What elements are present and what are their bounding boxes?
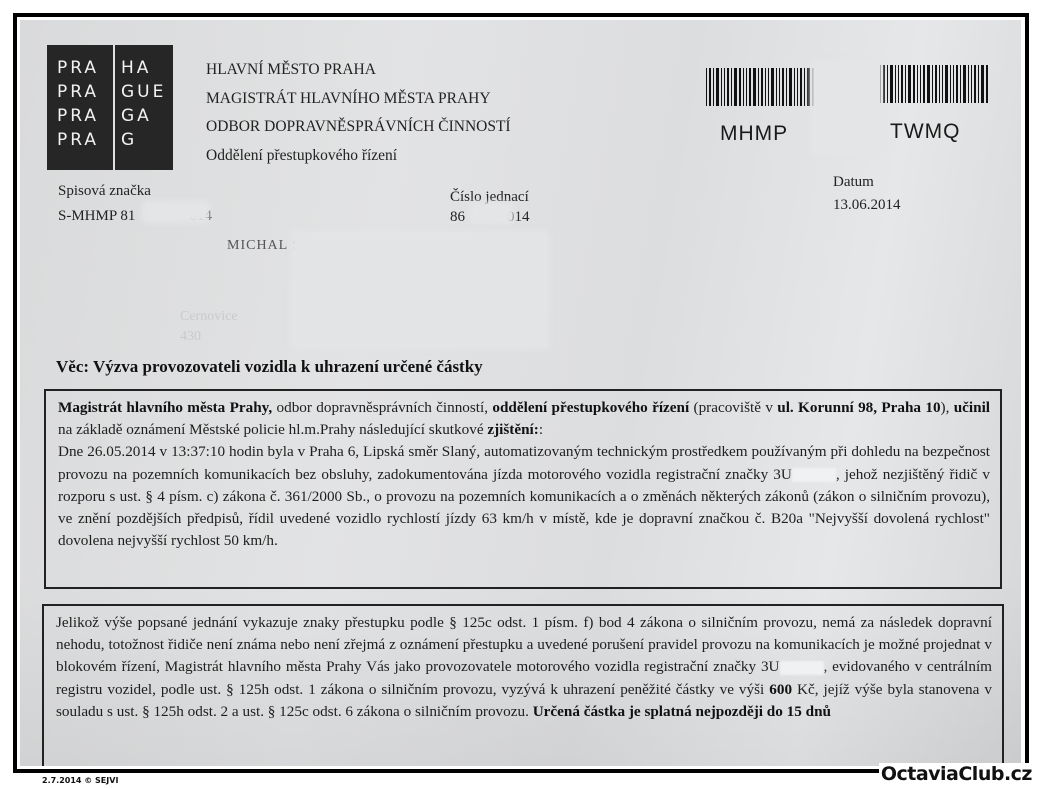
watermark-octaviaclub: OctaviaClub.cz [879, 763, 1034, 785]
payment-request-box: Jelikož výše popsané jednání vykazuje zn… [42, 604, 1004, 766]
payment-request-text: Jelikož výše popsané jednání vykazuje zn… [56, 612, 992, 723]
redaction-file-mark [142, 201, 210, 223]
findings-detail: Dne 26.05.2014 v 13:37:10 hodin byla v P… [58, 441, 990, 552]
file-mark-label: Spisová značka [58, 181, 151, 202]
letter-subject: Věc: Výzva provozovateli vozidla k uhraz… [56, 357, 483, 377]
redaction-address [290, 230, 550, 350]
barcode-text-end: TWMQ [890, 120, 960, 144]
org-line-division: Oddělení přestupkového řízení [206, 142, 511, 171]
org-line-department: ODBOR DOPRAVNĚSPRÁVNÍCH ČINNOSTÍ [206, 113, 511, 142]
barcode-right [880, 65, 990, 103]
fine-amount: 600 [769, 681, 792, 698]
findings-box: Magistrát hlavního města Prahy, odbor do… [44, 389, 1002, 589]
recipient-zip: 430 [180, 329, 201, 345]
prague-logo: PRA PRA PRA PRA HA GUE GA G [47, 45, 173, 170]
organization-header: HLAVNÍ MĚSTO PRAHA MAGISTRÁT HLAVNÍHO MĚ… [206, 56, 511, 170]
logo-left-column: PRA PRA PRA PRA [47, 45, 115, 170]
recipient-city: Cernovice [180, 309, 238, 325]
org-line-magistrate: MAGISTRÁT HLAVNÍHO MĚSTA PRAHY [206, 85, 511, 114]
redaction-barcode [810, 60, 882, 155]
letter-document: PRA PRA PRA PRA HA GUE GA G HLAVNÍ MĚSTO… [20, 20, 1021, 766]
redaction-case-number [470, 202, 514, 224]
barcode-text-start: MHMP [720, 122, 788, 146]
redacted-plate [780, 661, 824, 675]
findings-intro: Magistrát hlavního města Prahy, odbor do… [58, 397, 990, 441]
org-line-city: HLAVNÍ MĚSTO PRAHA [206, 56, 511, 85]
redacted-plate [792, 468, 836, 482]
date-label: Datum [833, 172, 874, 193]
payment-deadline: Určená částka je splatná nejpozději do 1… [533, 703, 831, 720]
logo-right-column: HA GUE GA G [115, 45, 166, 170]
date-value: 13.06.2014 [833, 195, 901, 216]
photo-credit: 2.7.2014 © SEJVI [42, 776, 118, 785]
barcode-left [706, 68, 816, 106]
